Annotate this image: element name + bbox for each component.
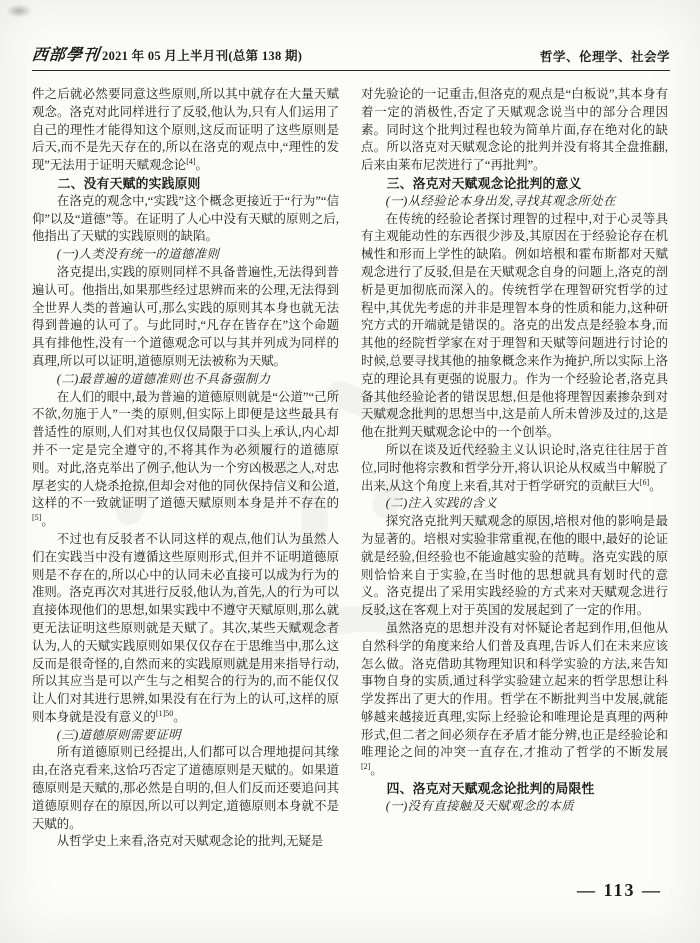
journal-issue-line: 西部學刊 2021 年 05 月上半月刊(总第 138 期) [32,42,302,65]
paragraph: 所以在谈及近代经验主义认识论时,洛克往往居于首位,同时他将宗教和哲学分开,将认识… [361,442,668,495]
reference-superscript: [4] [186,157,195,166]
paragraph: 件之后就必然要同意这些原则,所以其中就存在大量天赋观念。洛克对此同样进行了反驳,… [32,86,339,175]
paragraph: 虽然洛克的思想并没有对怀疑论者起到作用,但他从自然科学的角度来给人们普及真理,告… [361,620,668,780]
scan-artifact [6,4,32,18]
paragraph: 在洛克的观念中,“实践”这个概念更接近于“行为”“信仰”以及“道德”等。在证明了… [32,193,339,246]
sub-heading: (一)从经验论本身出发,寻找其观念所处在 [361,193,668,211]
section-heading: 四、洛克对天赋观念论批判的局限性 [361,780,668,798]
page-number: — 113 — [577,880,662,901]
paragraph: 所有道德原则已经提出,人们都可以合理地提问其缘由,在洛克看来,这恰巧否定了道德原… [32,744,339,833]
paragraph: 对先验论的一记重击,但洛克的观点是“白板说”,其本身有着一定的消极性,否定了天赋… [361,86,668,175]
paragraph: 探究洛克批判天赋观念的原因,培根对他的影响是最为显著的。培根对实验非常重视,在他… [361,513,668,620]
issue-info: 2021 年 05 月上半月刊(总第 138 期) [102,46,302,64]
left-column: 件之后就必然要同意这些原则,所以其中就存在大量天赋观念。洛克对此同样进行了反驳,… [32,86,339,851]
section-heading: 三、洛克对天赋观念论批判的意义 [361,175,668,193]
paragraph: 洛克提出,实践的原则同样不具备普遍性,无法得到普遍认可。他指出,如果那些经过思辨… [32,264,339,371]
paragraph: 在传统的经验论者探讨理智的过程中,对于心灵等具有主观能动性的东西很少涉及,其原因… [361,211,668,442]
sub-heading: (二)最普遍的道德准则也不具备强制力 [32,371,339,389]
reference-superscript: [2] [361,762,370,771]
journal-page: 西部學刊 2021 年 05 月上半月刊(总第 138 期) 哲学、伦理学、社会… [0,0,700,943]
paragraph: 在人们的眼中,最为普遍的道德原则就是“公道”“己所不欲,勿施于人”一类的原则,但… [32,389,339,531]
reference-superscript: [1]50 [156,709,173,718]
paragraph: 从哲学史上来看,洛克对天赋观念论的批判,无疑是 [32,833,339,851]
reference-superscript: [5] [32,513,41,522]
page-header: 西部學刊 2021 年 05 月上半月刊(总第 138 期) 哲学、伦理学、社会… [32,42,670,71]
section-label: 哲学、伦理学、社会学 [540,47,670,65]
reference-superscript: [6] [640,477,649,486]
sub-heading: (二)注入实践的含义 [361,495,668,513]
sub-heading: (一)人类没有统一的道德准则 [32,246,339,264]
sub-heading: (三)道德原则需要证明 [32,727,339,745]
right-column: 对先验论的一记重击,但洛克的观点是“白板说”,其本身有着一定的消极性,否定了天赋… [361,86,668,851]
journal-logo: 西部學刊 [31,42,101,65]
article-body: 件之后就必然要同意这些原则,所以其中就存在大量天赋观念。洛克对此同样进行了反驳,… [32,86,669,851]
paragraph: 不过也有反驳者不认同这样的观点,他们认为虽然人们在实践当中没有遵循这些原则形式,… [32,531,339,727]
section-heading: 二、没有天赋的实践原则 [32,175,339,193]
sub-heading: (一)没有直接触及天赋观念的本质 [361,798,668,816]
